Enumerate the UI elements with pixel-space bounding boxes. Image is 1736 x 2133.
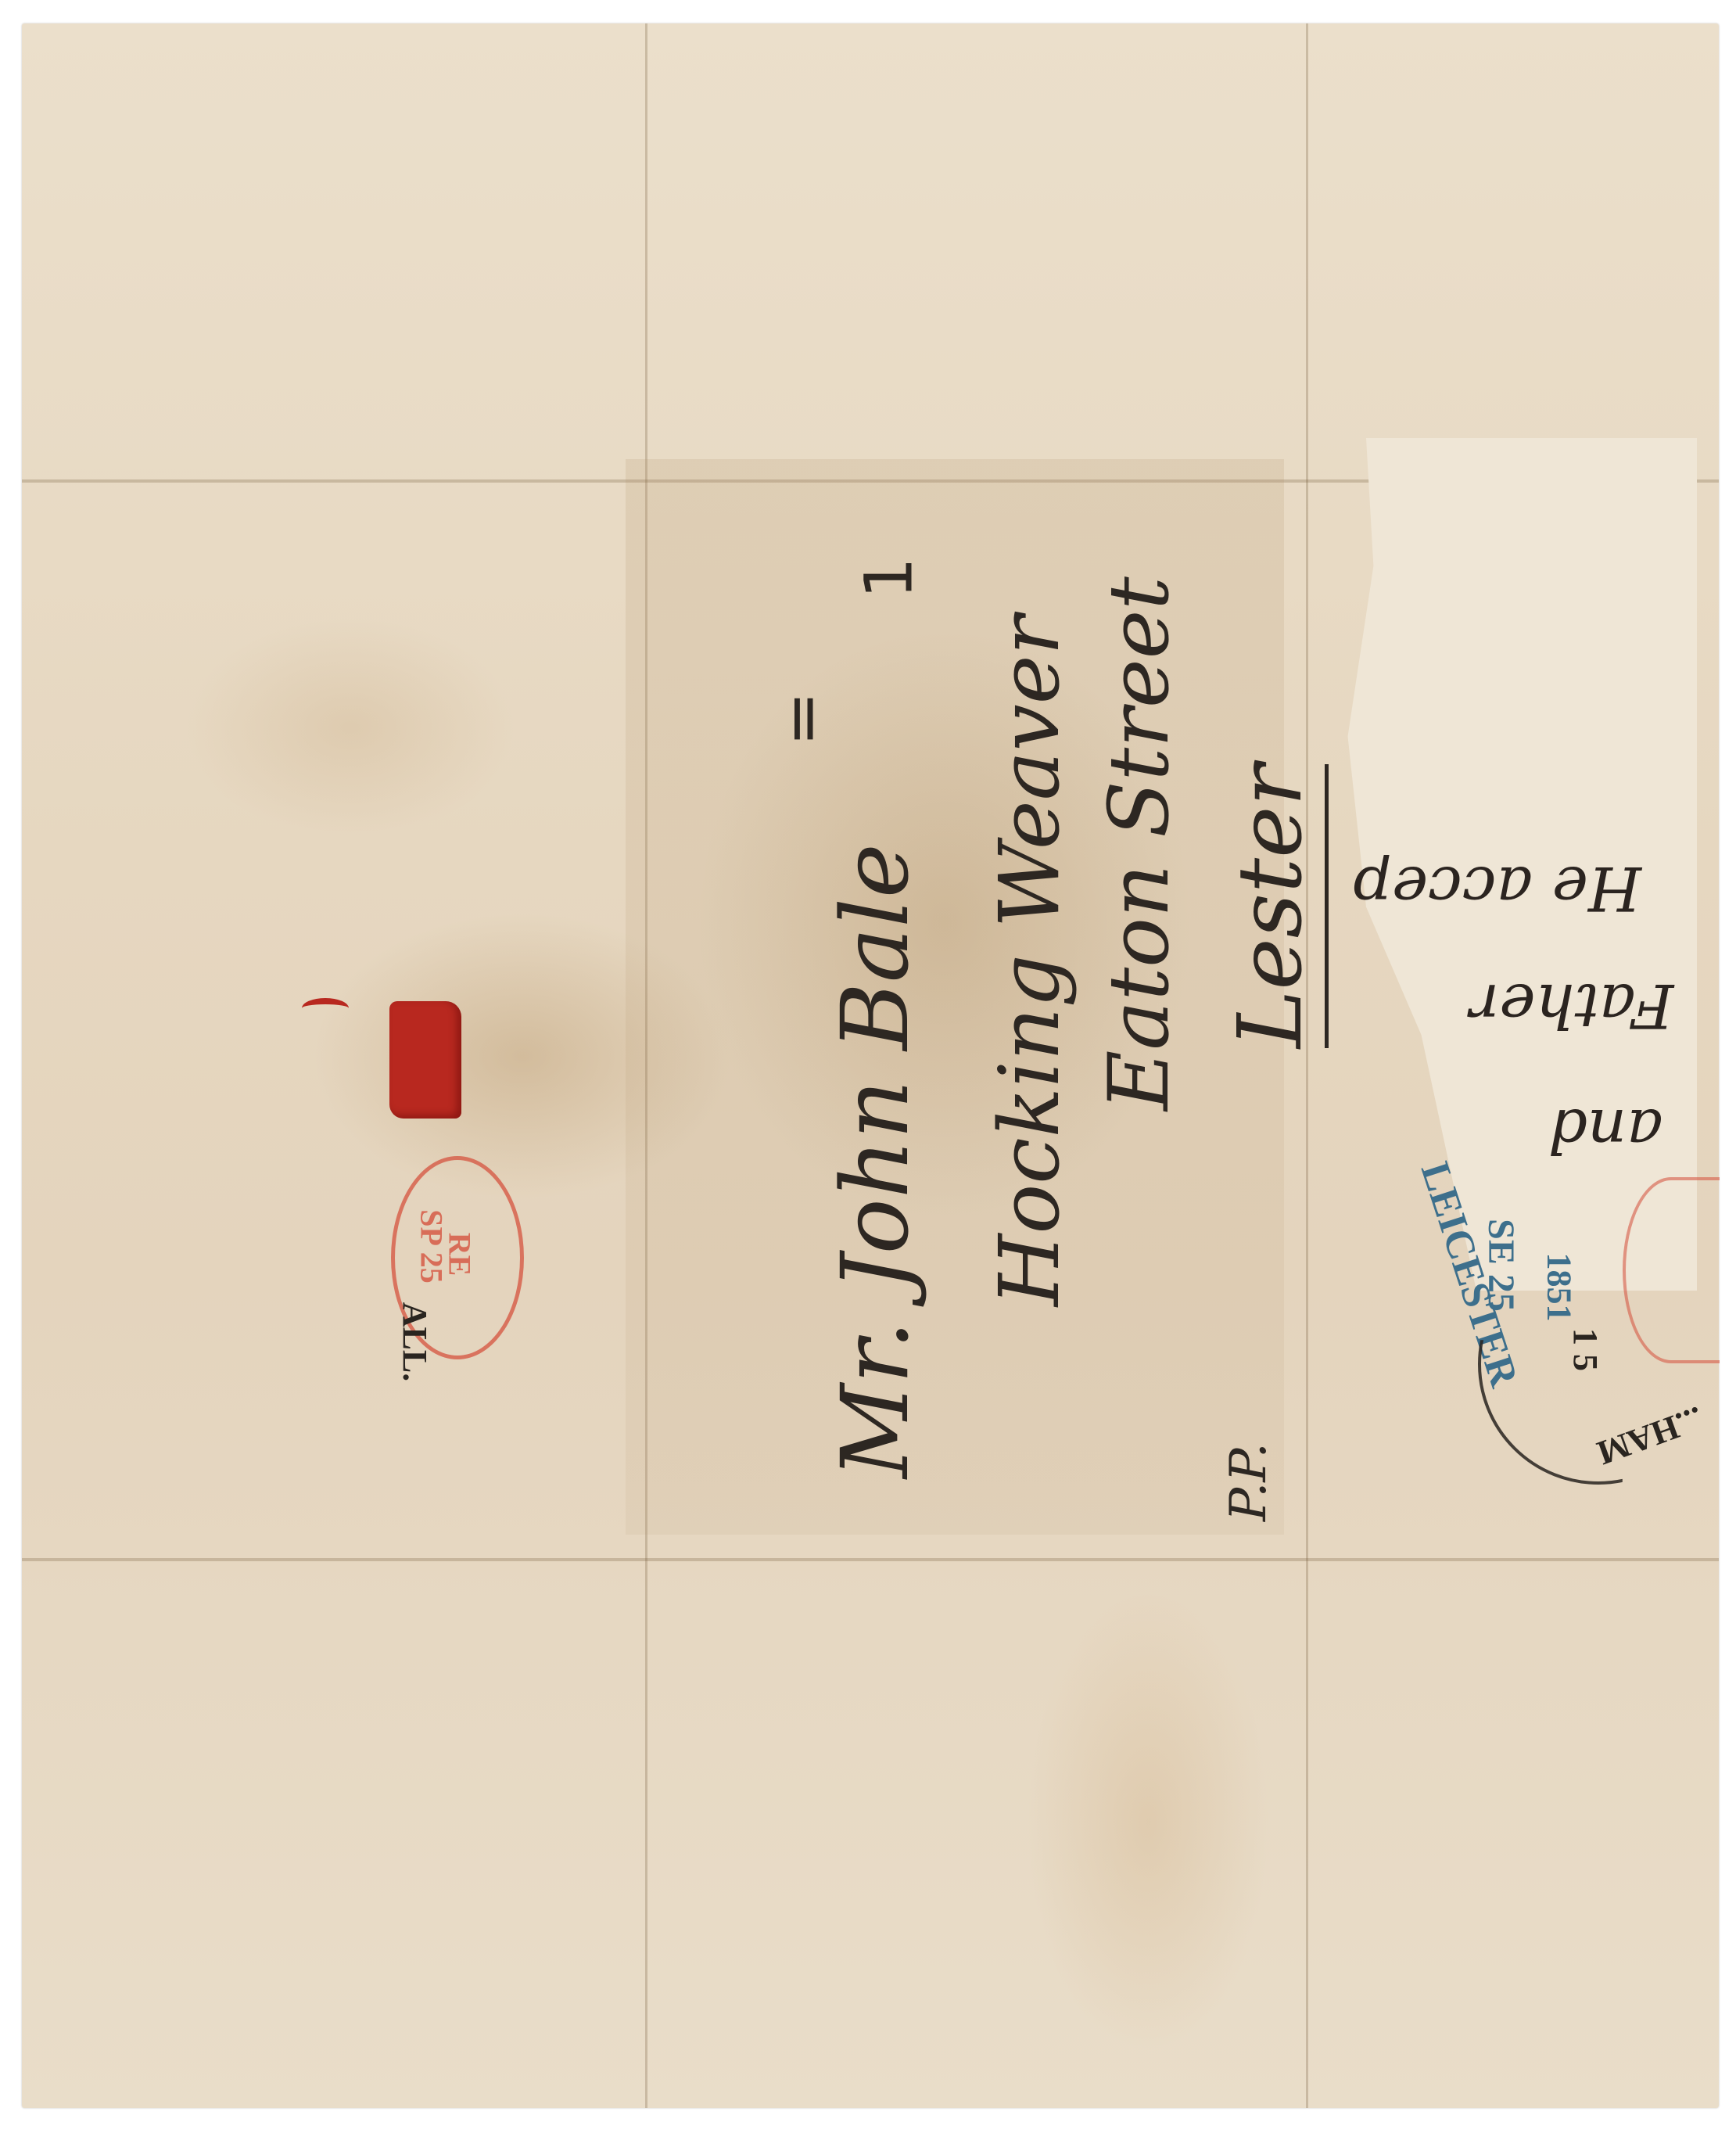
inner-text-line: and	[1548, 1095, 1663, 1165]
wax-seal-trace	[302, 998, 349, 1018]
postmark-red-date: SP 25	[414, 1209, 450, 1283]
inner-text-line: He accep	[1353, 853, 1641, 923]
postmark-blue-date: SE 25	[1480, 1219, 1523, 1312]
postage-paid-annotation: P.P.	[1220, 1442, 1278, 1521]
postmark-black-partial: ALL.	[395, 1302, 435, 1381]
address-line-name: Mr. John Bale	[821, 843, 929, 1478]
fold-line-vertical-right	[1306, 23, 1308, 2108]
address-line-occupation: Hocking Weaver	[981, 616, 1078, 1306]
inner-text-line: Father	[1470, 970, 1673, 1040]
fold-line-horizontal-bottom	[22, 1558, 1719, 1561]
address-line-street: Eaton Street	[1091, 576, 1187, 1111]
postmark-black-date: 1 5	[1566, 1328, 1605, 1371]
rate-mark: =	[763, 691, 840, 746]
wax-seal	[389, 1001, 461, 1119]
address-line-town: Lester	[1220, 764, 1329, 1048]
rate-mark: 1	[851, 557, 927, 598]
postmark-blue-year: 1851	[1540, 1253, 1580, 1322]
postmark-red-partial	[1623, 1177, 1720, 1363]
